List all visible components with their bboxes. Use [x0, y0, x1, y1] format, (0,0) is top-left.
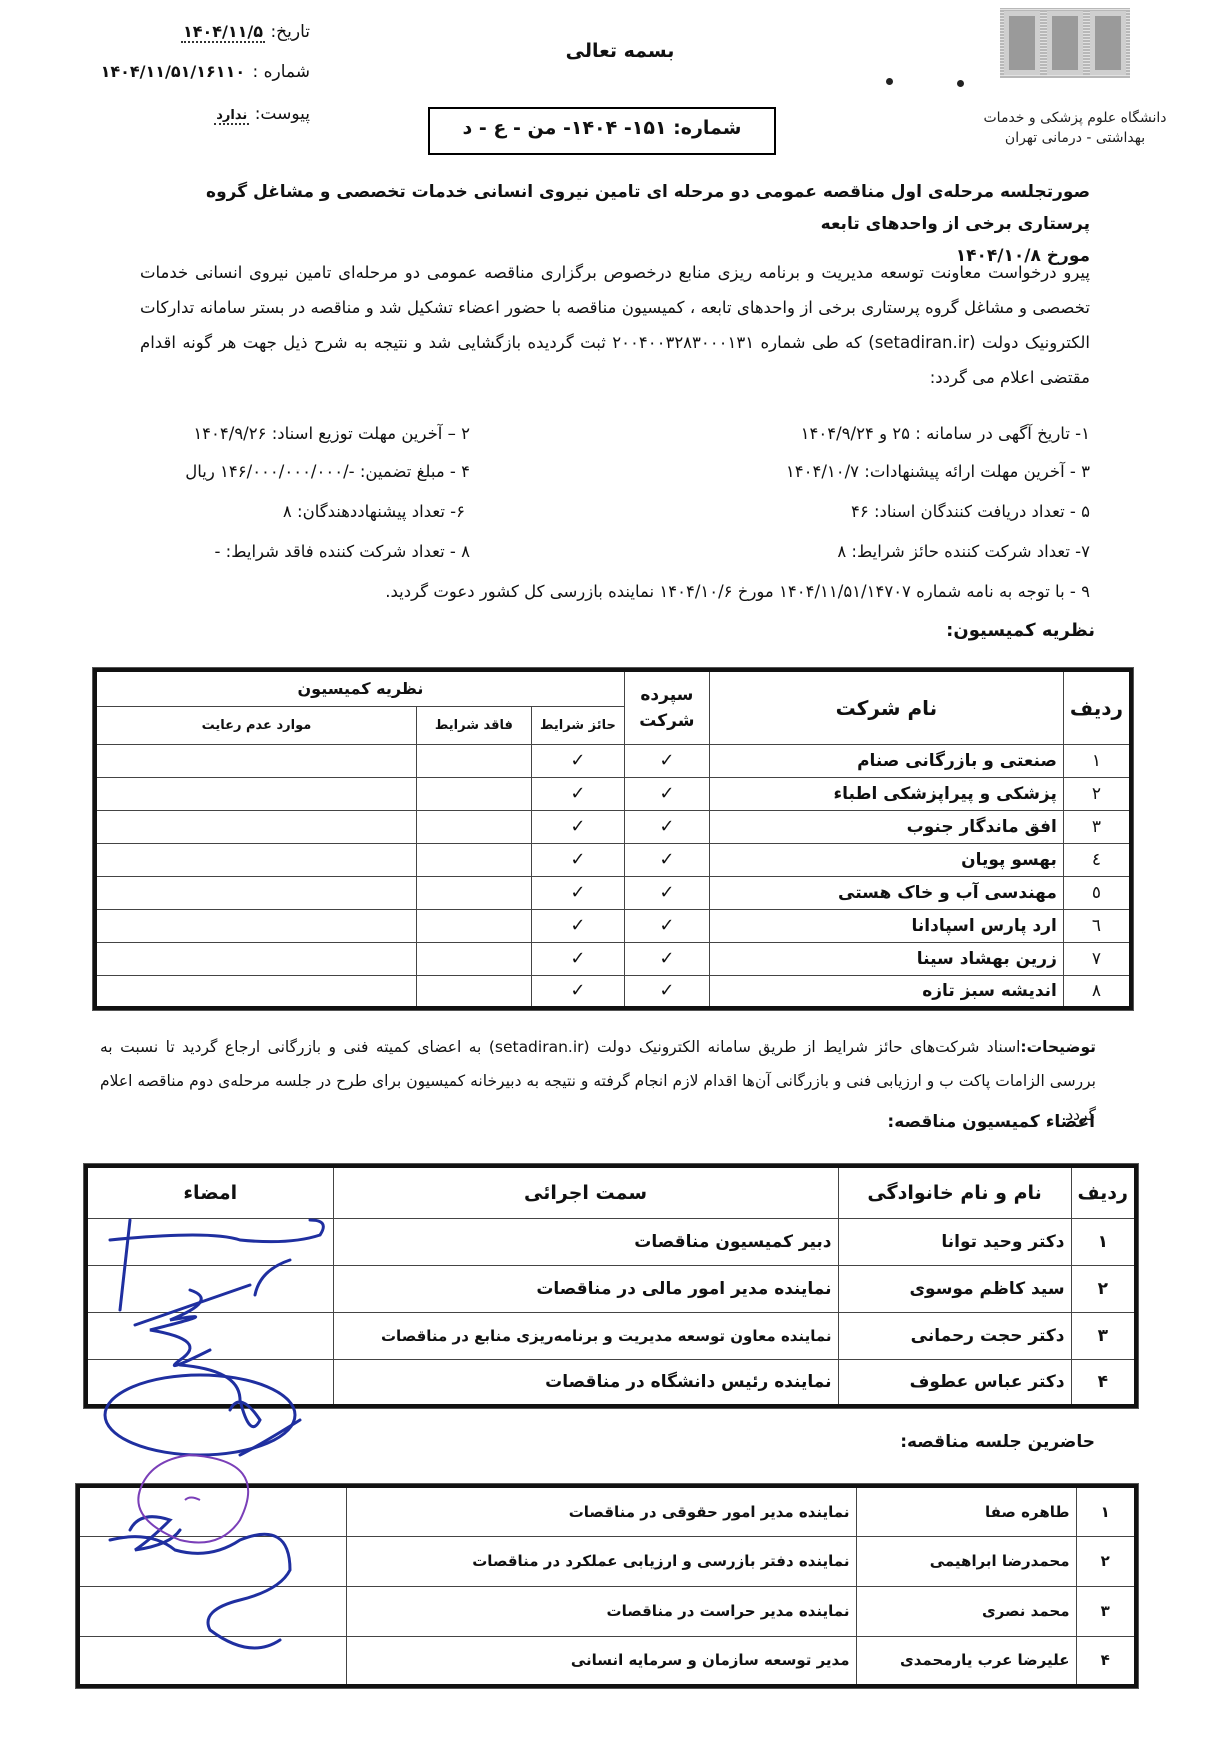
table-row: ۲ محمدرضا ابراهیمی نماینده دفتر بازرسی و…: [78, 1536, 1136, 1586]
signature-cell: [86, 1218, 333, 1265]
member-role: دبیر کمیسیون مناقصات: [333, 1218, 838, 1265]
table-row: ٤ بهسو پویان ✓ ✓: [95, 843, 1131, 876]
item-9: ۹ - با توجه به نامه شماره ۱۴۰۴/۱۱/۵۱/۱۴۷…: [200, 582, 1090, 601]
deposit-check-icon: ✓: [624, 942, 709, 975]
table-row: ٥ مهندسی آب و خاک هستی ✓ ✓: [95, 876, 1131, 909]
company-name: افق ماندگار جنوب: [709, 810, 1063, 843]
unqualified-cell: [416, 876, 531, 909]
row-number: ۳: [1076, 1586, 1136, 1636]
company-name: ارد پارس اسپادانا: [709, 909, 1063, 942]
unqualified-cell: [416, 777, 531, 810]
signature-cell: [78, 1536, 346, 1586]
non-compliance-cell: [95, 744, 416, 777]
qualified-check-icon: ✓: [531, 975, 624, 1008]
header-qualified: حائز شرایط: [531, 706, 624, 744]
table-row: ۳ محمد نصری نماینده مدیر حراست در مناقصا…: [78, 1586, 1136, 1636]
row-number: ٦: [1063, 909, 1131, 942]
attendee-name: علیرضا عرب یارمحمدی: [856, 1636, 1076, 1686]
member-name: سید کاظم موسوی: [838, 1265, 1071, 1312]
attachment-line: پیوست: ندارد: [140, 104, 310, 124]
item-3: ۳ - آخرین مهلت ارائه پیشنهادات: ۱۴۰۴/۱۰/…: [600, 462, 1090, 481]
table-row: ۱ دکتر وحید توانا دبیر کمیسیون مناقصات: [86, 1218, 1136, 1265]
qualified-check-icon: ✓: [531, 843, 624, 876]
attendee-name: طاهره صفا: [856, 1486, 1076, 1536]
unqualified-cell: [416, 843, 531, 876]
attendee-name: محمدرضا ابراهیمی: [856, 1536, 1076, 1586]
unqualified-cell: [416, 810, 531, 843]
row-number: ۴: [1071, 1359, 1136, 1406]
university-name: دانشگاه علوم پزشکی و خدمات بهداشتی - درم…: [975, 108, 1175, 148]
intro-paragraph: پیرو درخواست معاونت توسعه مدیریت و برنام…: [140, 255, 1090, 395]
attendees-table: ۱ طاهره صفا نماینده مدیر امور حقوقی در م…: [76, 1484, 1138, 1688]
header-signature: امضاء: [86, 1166, 333, 1218]
qualified-check-icon: ✓: [531, 810, 624, 843]
item-4: ۴ - مبلغ تضمین: -/۱۴۶/۰۰۰/۰۰۰/۰۰۰ ریال: [90, 462, 470, 481]
item-6: ۶- تعداد پیشنهاددهندگان: ۸: [110, 502, 465, 521]
table-row: ۱ طاهره صفا نماینده مدیر امور حقوقی در م…: [78, 1486, 1136, 1536]
company-name: اندیشه سبز تازه: [709, 975, 1063, 1008]
attendee-role: نماینده مدیر حراست در مناقصات: [346, 1586, 856, 1636]
header-company-name: نام شرکت: [709, 670, 1063, 744]
row-number: ۳: [1063, 810, 1131, 843]
qualified-check-icon: ✓: [531, 744, 624, 777]
qualified-check-icon: ✓: [531, 909, 624, 942]
row-number: ۲: [1076, 1536, 1136, 1586]
row-number: ۸: [1063, 975, 1131, 1008]
deposit-check-icon: ✓: [624, 876, 709, 909]
attendee-role: نماینده دفتر بازرسی و ارزیابی عملکرد در …: [346, 1536, 856, 1586]
date-line: تاریخ: ۱۴۰۴/۱۱/۵: [110, 22, 310, 42]
commission-opinion-heading: نظریه کمیسیون:: [800, 620, 1095, 641]
qualified-check-icon: ✓: [531, 942, 624, 975]
number-value: ۱۴۰۴/۱۱/۵۱/۱۶۱۱۰: [99, 62, 247, 81]
number-line: شماره : ۱۴۰۴/۱۱/۵۱/۱۶۱۱۰: [80, 62, 310, 82]
deposit-check-icon: ✓: [624, 909, 709, 942]
member-role: نماینده رئیس دانشگاه در مناقصات: [333, 1359, 838, 1406]
company-rows: ۱ صنعتی و بازرگانی صنام ✓ ✓ ۲ پزشکی و پی…: [95, 744, 1131, 1008]
member-role: نماینده معاون توسعه مدیریت و برنامه‌ریزی…: [333, 1312, 838, 1359]
commission-opinion-table: ردیف نام شرکت سپرده شرکت نظریه کمیسیون ح…: [93, 668, 1133, 1010]
non-compliance-cell: [95, 909, 416, 942]
attendee-role: مدیر توسعه سازمان و سرمایه انسانی: [346, 1636, 856, 1686]
row-number: ٥: [1063, 876, 1131, 909]
unqualified-cell: [416, 942, 531, 975]
member-name: دکتر عباس عطوف: [838, 1359, 1071, 1406]
members-heading: اعضاء کمیسیون مناقصه:: [700, 1112, 1095, 1132]
notes-label: توضیحات:: [1020, 1038, 1096, 1056]
deposit-check-icon: ✓: [624, 777, 709, 810]
table-row: ۲ سید کاظم موسوی نماینده مدیر امور مالی …: [86, 1265, 1136, 1312]
dot-mark: [957, 80, 964, 87]
deposit-check-icon: ✓: [624, 843, 709, 876]
row-number: ۱: [1063, 744, 1131, 777]
signature-cell: [78, 1586, 346, 1636]
logo-block-icon: [1047, 11, 1083, 75]
logo-block-icon: [1090, 11, 1126, 75]
university-name-line2: بهداشتی - درمانی تهران: [975, 128, 1175, 148]
signature-cell: [86, 1312, 333, 1359]
member-name: دکتر حجت رحمانی: [838, 1312, 1071, 1359]
non-compliance-cell: [95, 843, 416, 876]
row-number: ٤: [1063, 843, 1131, 876]
deposit-check-icon: ✓: [624, 810, 709, 843]
member-role: نماینده مدیر امور مالی در مناقصات: [333, 1265, 838, 1312]
company-name: بهسو پویان: [709, 843, 1063, 876]
commission-members-table: ردیف نام و نام خانوادگی سمت اجرائی امضاء…: [84, 1164, 1138, 1408]
non-compliance-cell: [95, 942, 416, 975]
member-name: دکتر وحید توانا: [838, 1218, 1071, 1265]
signature-cell: [78, 1636, 346, 1686]
company-name: مهندسی آب و خاک هستی: [709, 876, 1063, 909]
header-deposit: سپرده شرکت: [624, 670, 709, 744]
dot-mark: [886, 78, 893, 85]
university-logo-icon: [1000, 8, 1130, 78]
item-7: ۷- تعداد شرکت کننده حائز شرایط: ۸: [600, 542, 1090, 561]
table-row: ۴ دکتر عباس عطوف نماینده رئیس دانشگاه در…: [86, 1359, 1136, 1406]
attendees-heading: حاضرین جلسه مناقصه:: [700, 1432, 1095, 1452]
date-label: تاریخ:: [270, 22, 310, 42]
header-full-name: نام و نام خانوادگی: [838, 1166, 1071, 1218]
deposit-check-icon: ✓: [624, 744, 709, 777]
header-row-number: ردیف: [1063, 670, 1131, 744]
document-number-box: شماره: ۱۵۱- ۱۴۰۴- من - ع - د: [428, 107, 776, 155]
table-row: ۸ اندیشه سبز تازه ✓ ✓: [95, 975, 1131, 1008]
company-name: پزشکی و پیراپزشکی اطباء: [709, 777, 1063, 810]
table-row: ۷ زرین بهشاد سینا ✓ ✓: [95, 942, 1131, 975]
unqualified-cell: [416, 744, 531, 777]
row-number: ۲: [1071, 1265, 1136, 1312]
attendee-name: محمد نصری: [856, 1586, 1076, 1636]
table-row: ٦ ارد پارس اسپادانا ✓ ✓: [95, 909, 1131, 942]
table-row: ۱ صنعتی و بازرگانی صنام ✓ ✓: [95, 744, 1131, 777]
header-commission-opinion: نظریه کمیسیون: [95, 670, 624, 706]
row-number: ۱: [1076, 1486, 1136, 1536]
header-role: سمت اجرائی: [333, 1166, 838, 1218]
signature-cell: [78, 1486, 346, 1536]
attachment-value: ندارد: [214, 108, 249, 125]
date-value: ۱۴۰۴/۱۱/۵: [181, 22, 265, 43]
number-label: شماره :: [253, 62, 311, 82]
item-8: ۸ - تعداد شرکت کننده فاقد شرایط: -: [110, 542, 470, 561]
table-row: ۳ افق ماندگار جنوب ✓ ✓: [95, 810, 1131, 843]
unqualified-cell: [416, 909, 531, 942]
header-non-compliance: موارد عدم رعایت: [95, 706, 416, 744]
non-compliance-cell: [95, 810, 416, 843]
table-row: ۲ پزشکی و پیراپزشکی اطباء ✓ ✓: [95, 777, 1131, 810]
company-name: صنعتی و بازرگانی صنام: [709, 744, 1063, 777]
signature-cell: [86, 1359, 333, 1406]
unqualified-cell: [416, 975, 531, 1008]
header-unqualified: فاقد شرایط: [416, 706, 531, 744]
attendee-role: نماینده مدیر امور حقوقی در مناقصات: [346, 1486, 856, 1536]
logo-block-icon: [1004, 11, 1040, 75]
deposit-check-icon: ✓: [624, 975, 709, 1008]
non-compliance-cell: [95, 876, 416, 909]
item-1: ۱- تاریخ آگهی در سامانه : ۲۵ و ۱۴۰۴/۹/۲۴: [600, 424, 1090, 443]
row-number: ۴: [1076, 1636, 1136, 1686]
qualified-check-icon: ✓: [531, 876, 624, 909]
signature-cell: [86, 1265, 333, 1312]
row-number: ۷: [1063, 942, 1131, 975]
row-number: ۱: [1071, 1218, 1136, 1265]
row-number: ۳: [1071, 1312, 1136, 1359]
company-name: زرین بهشاد سینا: [709, 942, 1063, 975]
qualified-check-icon: ✓: [531, 777, 624, 810]
row-number: ۲: [1063, 777, 1131, 810]
table-row: ۳ دکتر حجت رحمانی نماینده معاون توسعه مد…: [86, 1312, 1136, 1359]
attachment-label: پیوست:: [255, 104, 310, 124]
non-compliance-cell: [95, 975, 416, 1008]
item-2: ۲ – آخرین مهلت توزیع اسناد: ۱۴۰۴/۹/۲۶: [110, 424, 470, 443]
header-row-number: ردیف: [1071, 1166, 1136, 1218]
item-5: ۵ - تعداد دریافت کنندگان اسناد: ۴۶: [600, 502, 1090, 521]
non-compliance-cell: [95, 777, 416, 810]
table-row: ۴ علیرضا عرب یارمحمدی مدیر توسعه سازمان …: [78, 1636, 1136, 1686]
university-name-line1: دانشگاه علوم پزشکی و خدمات: [975, 108, 1175, 128]
bismillah: بسمه تعالی: [560, 40, 680, 62]
title-line1: صورتجلسه مرحله‌ی اول مناقصه عمومی دو مرح…: [140, 176, 1090, 240]
